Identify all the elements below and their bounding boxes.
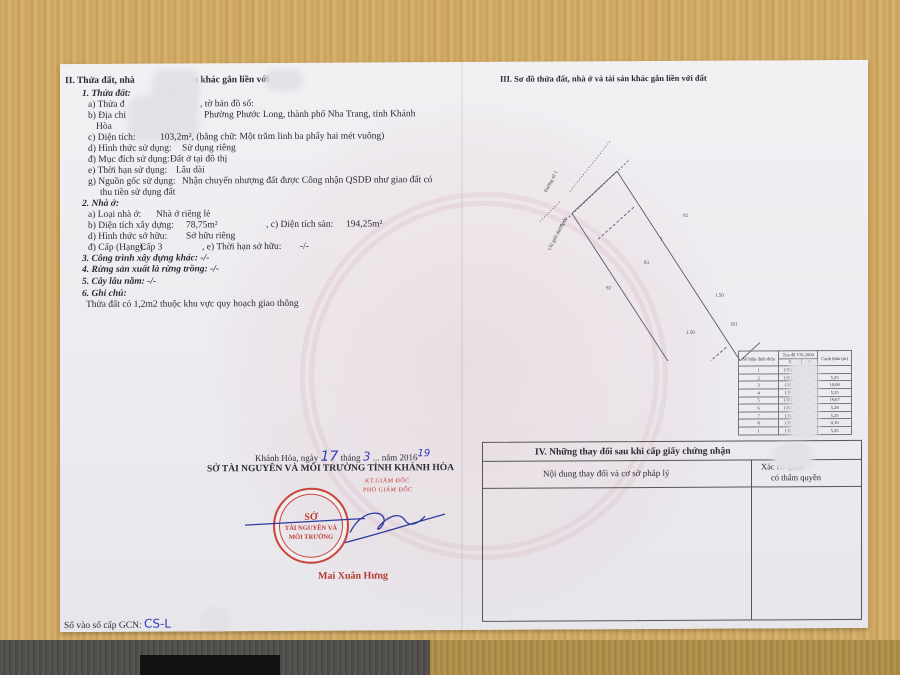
land-certificate-document: II. Thửa đất, nhàn khác gắn liền với 1. … (60, 60, 868, 632)
land-use-form-value: Sử dụng riêng (182, 143, 236, 154)
land-purpose-label: đ) Mục đích sử dụng: (88, 155, 170, 166)
land-use-form-label: d) Hình thức sử dụng: (88, 144, 172, 155)
redaction-blur (265, 69, 303, 91)
authority-confirm-header-2: có thẩm quyền (771, 472, 821, 483)
land-address-value: Phường Phước Long, thành phố Nha Trang, … (204, 109, 415, 121)
house-floor-area-label: , c) Diện tích sàn: (266, 220, 333, 231)
land-term-label: e) Thời hạn sử dụng: (88, 166, 167, 177)
planted-forest: 4. Rừng sản xuất là rừng trồng: -/- (82, 264, 219, 276)
land-term-value: Lâu dài (176, 165, 205, 176)
perennial-trees: 5. Cây lâu năm: -/- (82, 277, 156, 288)
land-heading: 1. Thửa đất: (82, 89, 131, 100)
issuing-authority: SỞ TÀI NGUYÊN VÀ MÔI TRƯỜNG TỈNH KHÁNH H… (207, 463, 454, 475)
land-purpose-value: Đất ở tại đô thị (170, 154, 227, 165)
adjacent-parcel-right: 92 (683, 214, 688, 219)
house-grade-value: Cấp 3 (140, 243, 162, 254)
house-type-label: a) Loại nhà ở: (88, 210, 141, 221)
land-area-label: c) Diện tích: (88, 133, 135, 144)
table-edge (430, 640, 900, 675)
col-edge-length: Cạnh thửa (m) (818, 350, 852, 365)
redaction-blur (773, 443, 813, 471)
width-label-bottom: 1.50 (686, 331, 695, 336)
house-ownership-label: d) Hình thức sở hữu: (88, 232, 167, 243)
col-vertex-id: Số hiệu đỉnh thửa (739, 351, 779, 366)
house-build-area-value: 78,75m² (186, 220, 218, 231)
shadow-gap (140, 655, 280, 675)
land-origin-cont: thu tiền sử dụng đất (100, 188, 175, 199)
house-type-value: Nhà ở riêng lẻ (156, 209, 210, 220)
land-origin-value: Nhận chuyển nhượng đất được Công nhận QS… (182, 175, 433, 187)
section-iii-title: III. Sơ đồ thửa đất, nhà ở và tài sản kh… (500, 73, 707, 85)
land-origin-label: g) Nguồn gốc sử dụng: (88, 177, 175, 188)
page-fold (461, 62, 463, 630)
house-build-area-label: b) Diện tích xây dựng: (88, 221, 174, 232)
change-content-header: Nội dung thay đổi và cơ sở pháp lý (543, 468, 670, 480)
issue-date: Khánh Hòa, ngày 17 tháng 3 ... năm 20161… (255, 448, 430, 464)
adjacent-parcel-left: 92 (606, 286, 611, 291)
land-parcel-label: a) Thửa đ (88, 100, 125, 111)
house-floor-area-value: 194,25m² (346, 219, 382, 230)
adjacent-parcel-bottom: 101 (730, 323, 738, 328)
land-map-sheet: , tờ bản đồ số: (200, 99, 254, 110)
house-term-label: , e) Thời hạn sở hữu: (202, 242, 281, 253)
notes-value: Thửa đất có 1,2m2 thuộc khu vực quy hoạc… (86, 299, 299, 311)
redaction-blur (790, 360, 818, 440)
width-label-top: 1.50 (715, 294, 724, 299)
signer-name: Mai Xuân Hưng (318, 570, 388, 581)
redaction-blur (200, 607, 230, 632)
land-address-label: b) Địa chỉ (88, 111, 126, 122)
notes-heading: 6. Ghi chú: (82, 289, 127, 300)
registry-number: Số vào sổ cấp GCN: CS-L (64, 619, 171, 633)
signature-scribble (245, 492, 445, 553)
house-ownership-value: Sở hữu riêng (186, 231, 235, 242)
changes-after-issuance-table: IV. Những thay đổi sau khi cấp giấy chứn… (482, 440, 862, 622)
house-heading: 2. Nhà ở: (82, 199, 119, 210)
col-coordinates: Tọa độ VN-2000 (779, 351, 818, 359)
section-iv-title: IV. Những thay đổi sau khi cấp giấy chứn… (535, 447, 731, 459)
other-works: 3. Công trình xây dựng khác: -/- (82, 253, 209, 265)
land-address-cont: Hòa (96, 122, 112, 133)
land-area-value: 103,2m², (bằng chữ: Một trăm linh ba phẩ… (160, 131, 384, 143)
house-grade-label: đ) Cấp (Hạng): (88, 243, 146, 254)
side-label: 7 (660, 238, 663, 243)
house-term-value: -/- (300, 242, 309, 253)
parcel-number: 83 (644, 261, 649, 266)
